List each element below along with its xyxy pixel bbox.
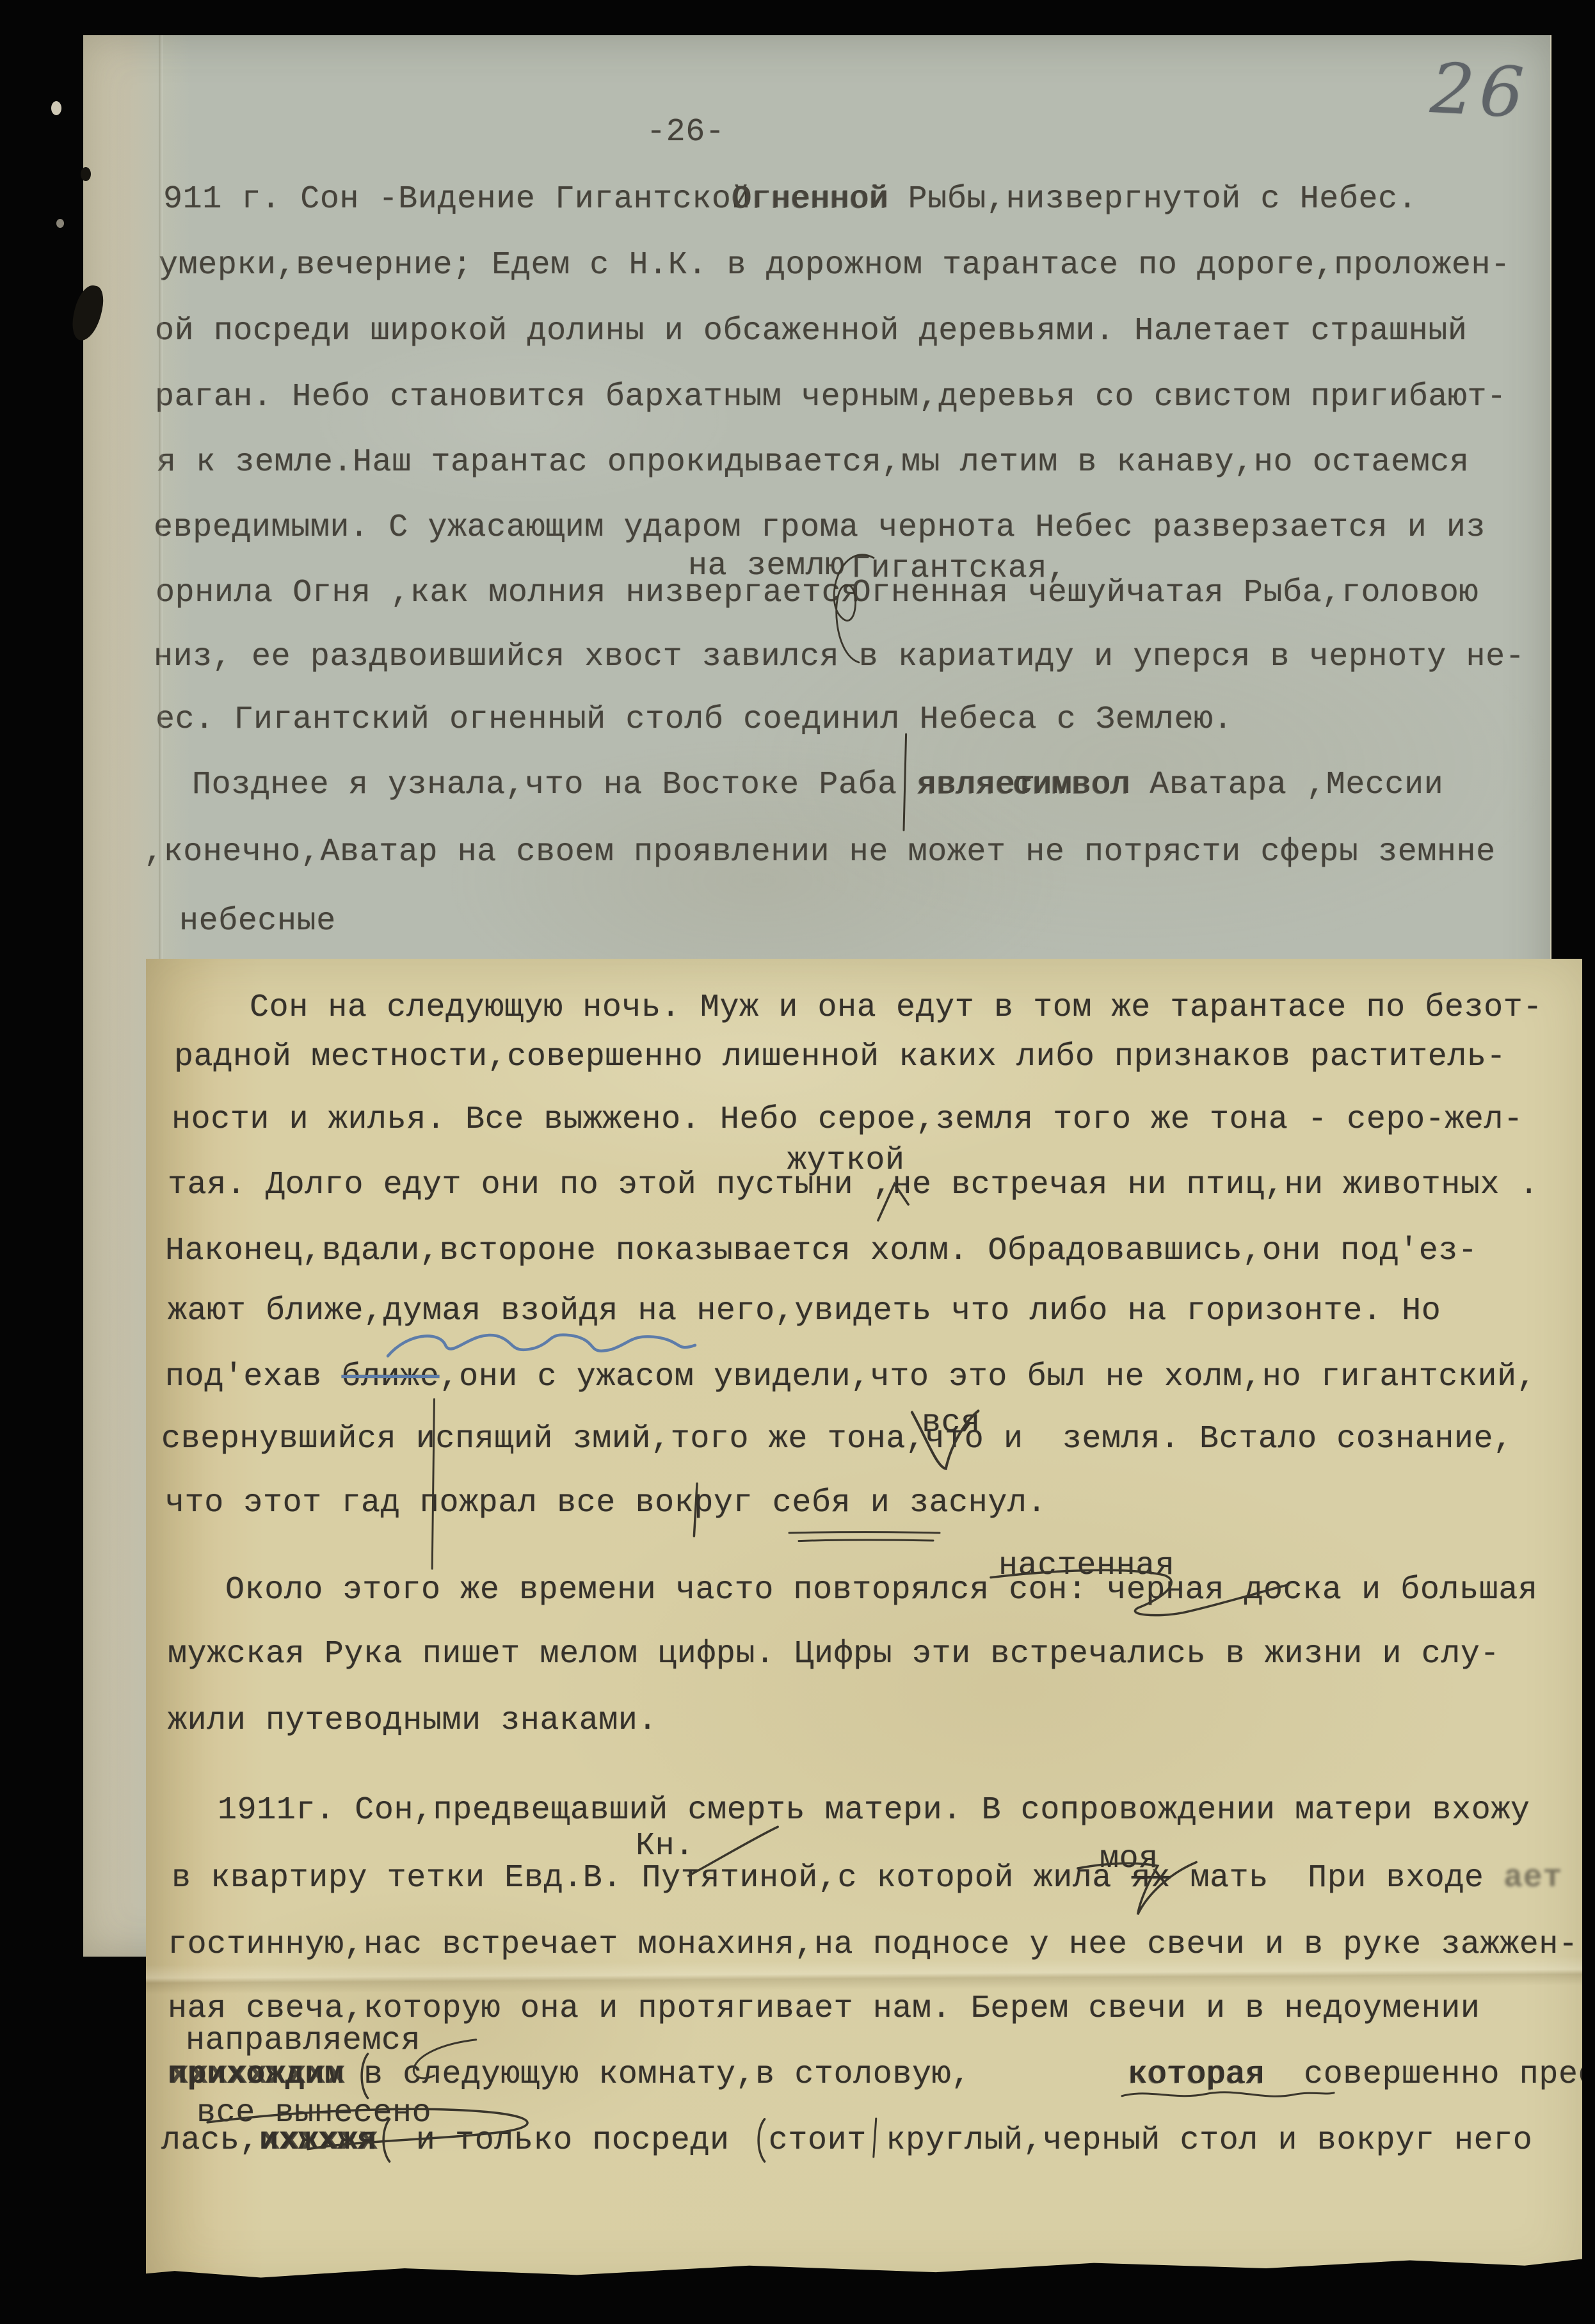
ink-blot bbox=[81, 167, 91, 181]
typed-segment: -26- bbox=[646, 114, 725, 150]
insert-vee-mark bbox=[908, 1406, 981, 1473]
typed-segment: ес. Гигантский огненный столб соединил Н… bbox=[156, 701, 1233, 738]
typed-segment: 1911г. Сон,предвещавший смерть матери. В… bbox=[218, 1792, 1530, 1829]
pen-tick bbox=[687, 1484, 704, 1536]
paper-speck bbox=[51, 101, 61, 115]
typed-line: свернувшийся испящий змий,того же тона,ч… bbox=[161, 1422, 1513, 1457]
typed-line: ой посреди широкой долины и обсаженной д… bbox=[155, 314, 1468, 349]
typed-segment: мать При входе bbox=[1171, 1860, 1503, 1896]
typed-line: 911 г. Сон -Видение ГигантскойОгненной Р… bbox=[163, 182, 1417, 217]
typed-segment: жают ближе,думая взойдя на него,увидеть … bbox=[168, 1293, 1441, 1329]
typed-segment-xed: прихождим bbox=[168, 2056, 344, 2093]
typed-line: прихождим в следующую комнату,в столовую… bbox=[168, 2058, 1595, 2092]
pen-loops bbox=[819, 544, 883, 682]
typed-line: Сон на следующую ночь. Муж и она едут в … bbox=[250, 991, 1543, 1025]
typed-segment: ,конечно,Аватар на своем проявлении не м… bbox=[144, 834, 1496, 870]
typed-segment: Сон на следующую ночь. Муж и она едут в … bbox=[250, 990, 1543, 1026]
pen-stroke-word-divider bbox=[428, 1399, 439, 1569]
pen-stroke bbox=[899, 734, 911, 830]
paper-speck bbox=[56, 219, 64, 228]
typed-segment: небесные bbox=[179, 903, 336, 940]
typed-line: жают ближе,думая взойдя на него,увидеть … bbox=[168, 1294, 1441, 1329]
insertion-swirl bbox=[978, 1560, 1298, 1621]
typed-line: Позднее я узнала,что на Востоке Раба явл… bbox=[192, 768, 1443, 803]
typed-line: евредимыми. С ужасающим ударом грома чер… bbox=[154, 511, 1486, 545]
typed-segment: ности и жилья. Все выжжено. Небо серое,з… bbox=[172, 1102, 1523, 1138]
typed-segment: радной местности,совершенно лишенной как… bbox=[174, 1039, 1506, 1075]
typed-segment: Аватара ,Мессии bbox=[1130, 767, 1444, 803]
caret-insert-mark bbox=[876, 1182, 917, 1221]
hand-tick bbox=[868, 2119, 882, 2157]
wavy-underline bbox=[1118, 2080, 1338, 2109]
typed-segment: что этот гад пожрал все вокруг себя и за… bbox=[165, 1485, 1046, 1521]
pencil-page-number: 26 bbox=[1429, 52, 1530, 131]
typed-line: орнила Огня ,как молния низвергаетсяОгне… bbox=[156, 576, 1479, 611]
typed-line: гостинную,нас встречает монахиня,на подн… bbox=[168, 1928, 1578, 1962]
typed-segment: под'ехав bbox=[165, 1359, 341, 1395]
typed-line: ности и жилья. Все выжжено. Небо серое,з… bbox=[172, 1103, 1523, 1137]
typed-line: Наконец,вдали,встороне показывается холм… bbox=[165, 1234, 1478, 1269]
typed-line: ,конечно,Аватар на своем проявлении не м… bbox=[144, 835, 1496, 870]
ink-blot bbox=[68, 283, 106, 344]
lower-typewritten-sheet: Сон на следующую ночь. Муж и она едут в … bbox=[146, 959, 1582, 2287]
typed-segment: тая. Долго едут они по этой пустыни ,не … bbox=[168, 1167, 1539, 1203]
typed-segment: евредимыми. С ужасающим ударом грома чер… bbox=[154, 509, 1486, 546]
typed-line: ес. Гигантский огненный столб соединил Н… bbox=[156, 703, 1233, 737]
insert-slash bbox=[684, 1824, 783, 1879]
typed-segment: раган. Небо становится бархатным черным,… bbox=[155, 379, 1507, 415]
blue-handwritten-word bbox=[381, 1308, 701, 1375]
typed-segment-smudge: ает bbox=[1503, 1860, 1562, 1896]
typed-page-number: -26- bbox=[646, 115, 725, 150]
typed-segment: свернувшийся испящий змий,того же тона,ч… bbox=[161, 1421, 1513, 1457]
typed-line: Около этого же времени часто повторялся … bbox=[225, 1573, 1538, 1608]
typed-segment: я к земле.Наш тарантас опрокидывается,мы… bbox=[157, 444, 1470, 481]
typed-segment: направляемся bbox=[186, 2023, 421, 2059]
typed-segment: орнила Огня ,как молния низвергается bbox=[156, 575, 861, 611]
typed-line: мужская Рука пишет мелом цифры. Цифры эт… bbox=[168, 1637, 1500, 1672]
hand-paren bbox=[349, 2052, 376, 2100]
typed-line: радной местности,совершенно лишенной как… bbox=[174, 1040, 1506, 1075]
typed-segment: 911 г. Сон -Видение Гигантской bbox=[163, 181, 751, 218]
insert-vee-mark bbox=[1075, 1856, 1200, 1917]
typed-line: раган. Небо становится бархатным черным,… bbox=[155, 380, 1507, 415]
typed-line: тая. Долго едут они по этой пустыни ,не … bbox=[168, 1168, 1539, 1203]
typed-segment-overlap: Огненной bbox=[732, 181, 888, 218]
double-underline bbox=[786, 1527, 946, 1546]
hand-paren bbox=[371, 2117, 398, 2163]
typed-line: в квартиру тетки Евд.В. Путятиной,с кото… bbox=[172, 1861, 1562, 1896]
typed-segment: 26 bbox=[1429, 49, 1531, 134]
typed-insert: направляемся bbox=[186, 2024, 421, 2058]
typed-segment: круглый,черный стол и вокруг него bbox=[886, 2122, 1532, 2159]
typed-line: под'ехав ближе,они с ужасом увидели,что … bbox=[165, 1360, 1536, 1395]
typed-line: ная свеча,которую она и протягивает нам.… bbox=[168, 1992, 1480, 2026]
typed-line: жили путеводными знаками. bbox=[168, 1704, 657, 1738]
typed-segment: ой посреди широкой долины и обсаженной д… bbox=[155, 313, 1468, 349]
typed-segment: Около этого же времени часто повторялся … bbox=[225, 1572, 1538, 1608]
typed-segment: ная свеча,которую она и протягивает нам.… bbox=[168, 1991, 1480, 2027]
typed-line: небесные bbox=[179, 904, 336, 939]
typed-segment: умерки,вечерние; Едем с Н.К. в дорожном … bbox=[159, 247, 1511, 284]
typed-line: 1911г. Сон,предвещавший смерть матери. В… bbox=[218, 1793, 1530, 1828]
hand-paren bbox=[746, 2117, 773, 2163]
typed-segment: мужская Рука пишет мелом цифры. Цифры эт… bbox=[168, 1636, 1500, 1672]
typed-line: я к земле.Наш тарантас опрокидывается,мы… bbox=[157, 445, 1470, 480]
scanned-document-page: -26-26911 г. Сон -Видение ГигантскойОгне… bbox=[0, 0, 1595, 2324]
connector-swirl bbox=[388, 2035, 481, 2090]
typed-segment: Рыбы,низвергнутой с Небес. bbox=[888, 181, 1417, 218]
typed-segment: жили путеводными знаками. bbox=[168, 1703, 657, 1739]
typed-segment: Позднее я узнала,что на Востоке Раба bbox=[192, 767, 917, 803]
typed-segment-overlap3: символ bbox=[1013, 767, 1130, 803]
typed-line: умерки,вечерние; Едем с Н.К. в дорожном … bbox=[159, 248, 1511, 283]
typed-segment: Наконец,вдали,встороне показывается холм… bbox=[165, 1233, 1478, 1269]
typed-segment: в квартиру тетки Евд.В. Путятиной,с кото… bbox=[172, 1860, 1132, 1896]
typed-line: что этот гад пожрал все вокруг себя и за… bbox=[165, 1486, 1046, 1521]
typed-segment: гостинную,нас встречает монахиня,на подн… bbox=[168, 1927, 1578, 1963]
typed-segment: чешуйчатая Рыба,головою bbox=[1009, 575, 1479, 611]
